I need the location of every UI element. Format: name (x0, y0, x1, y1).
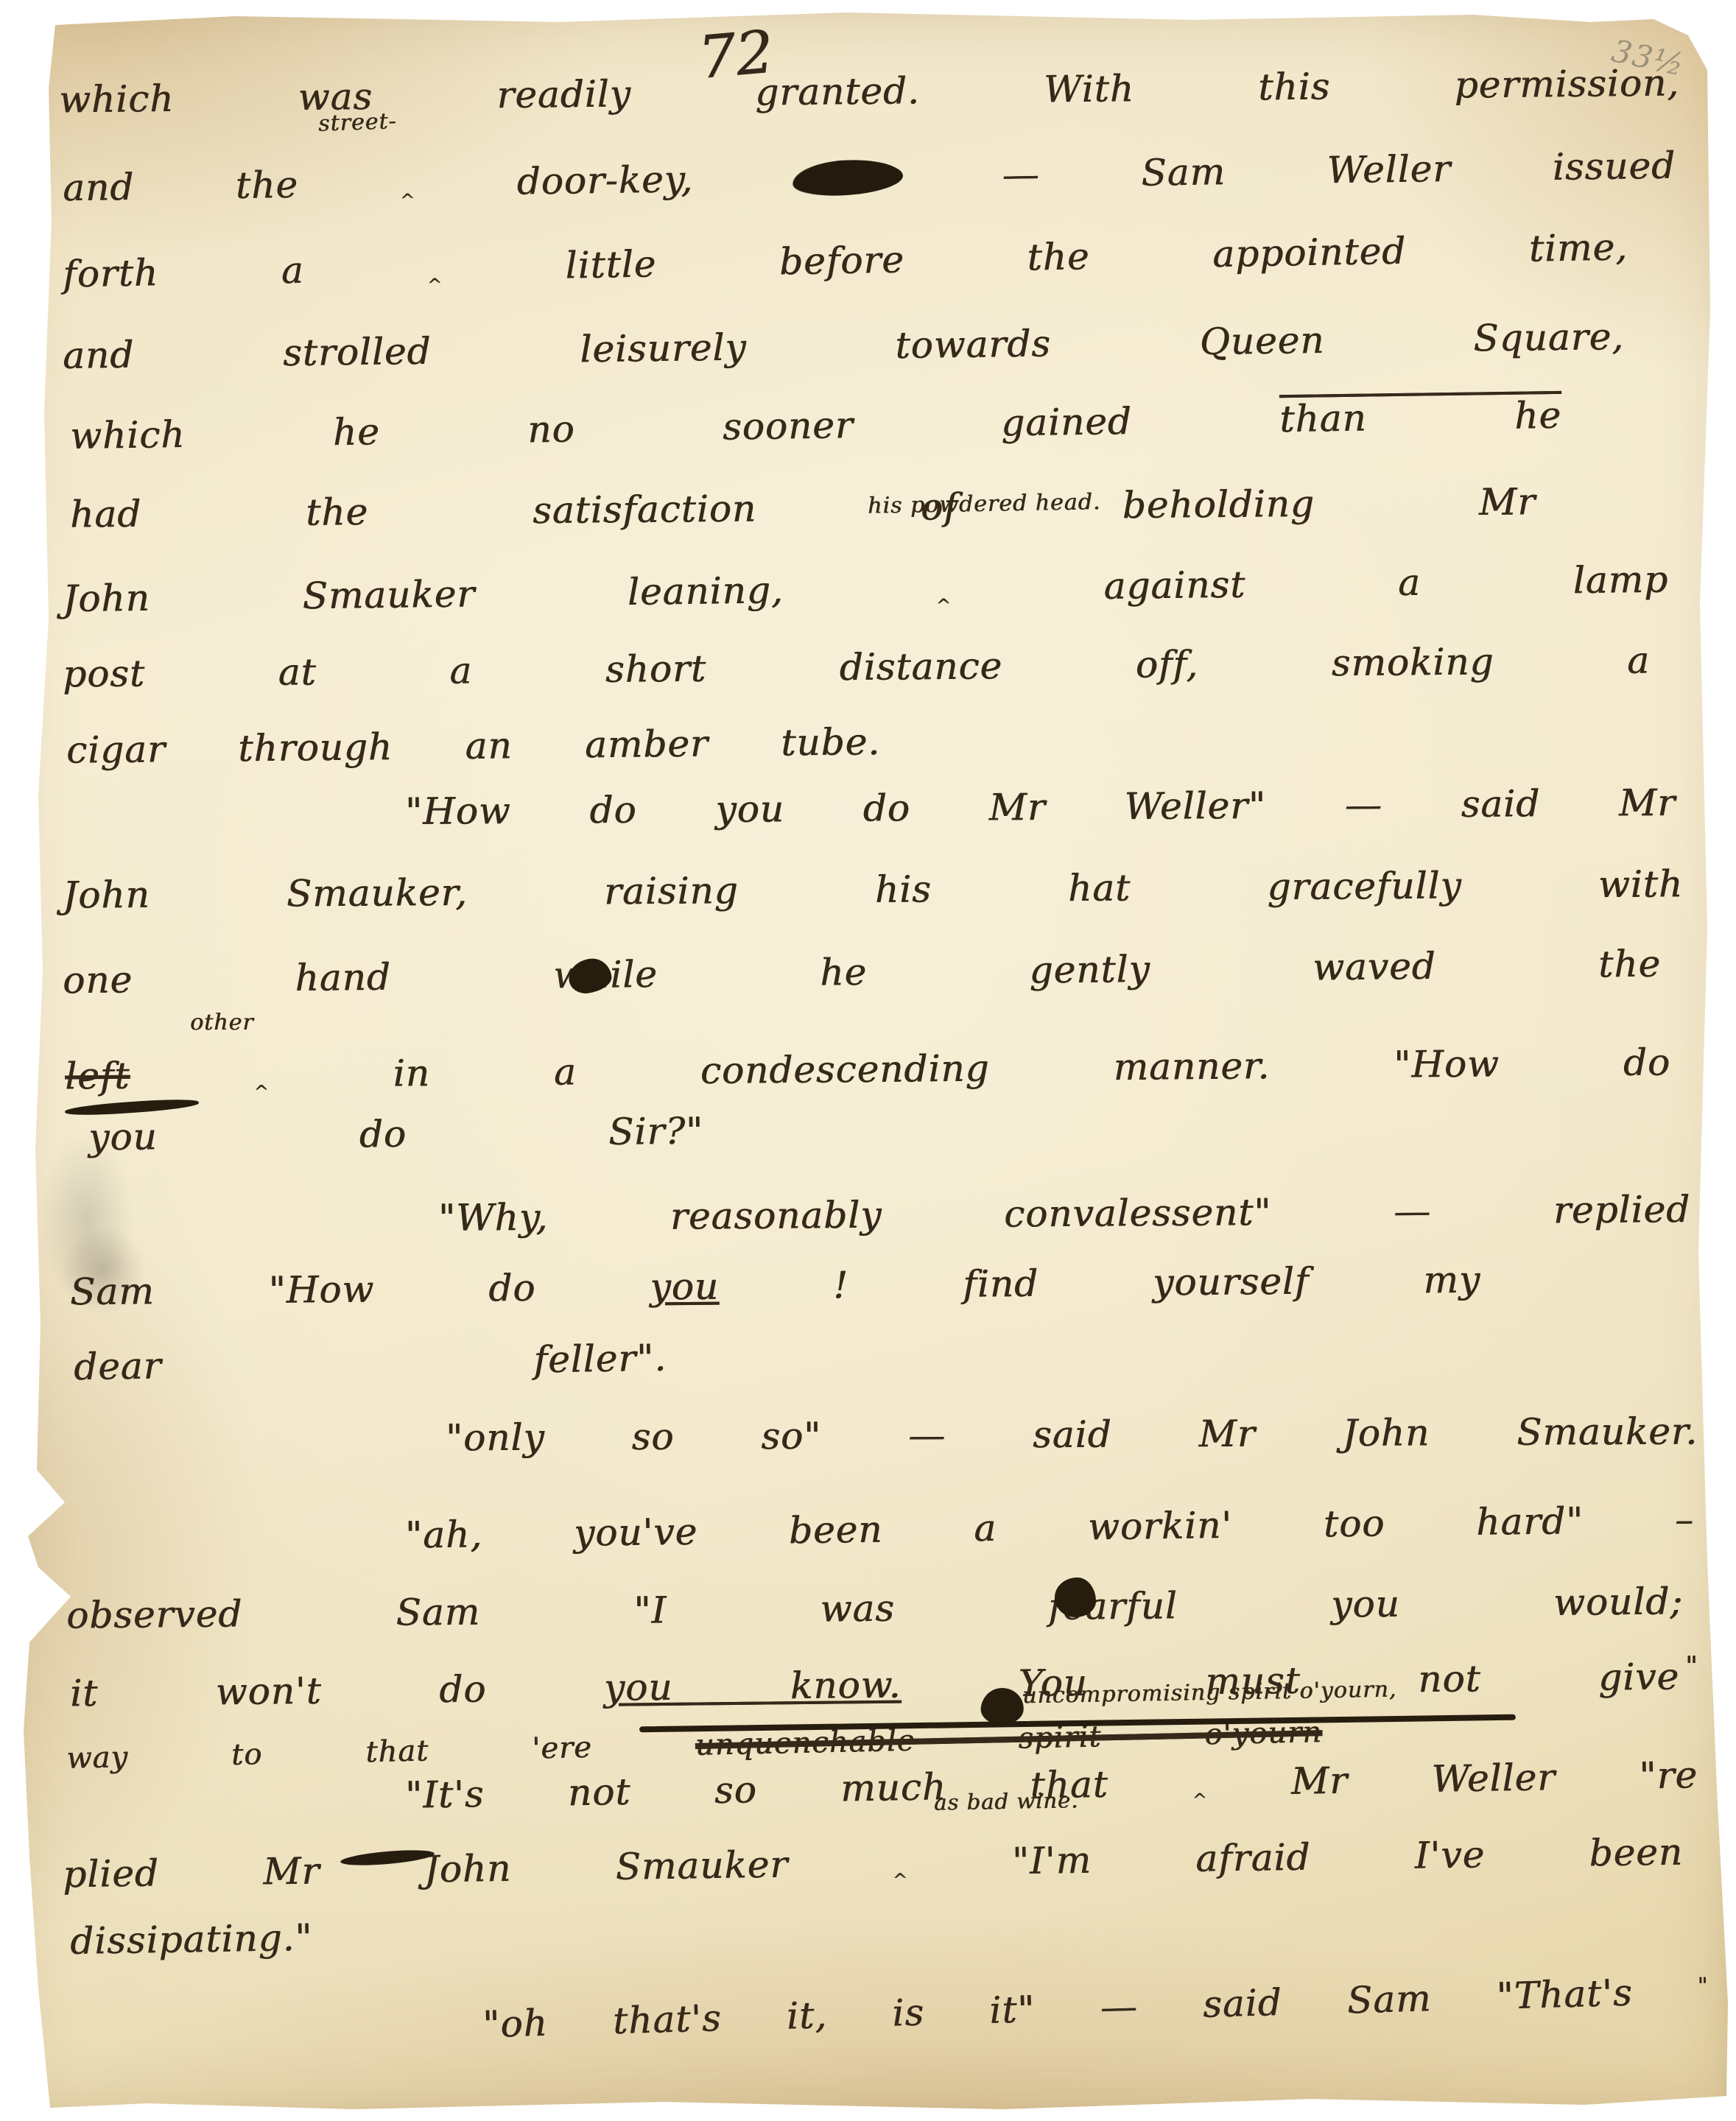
handwritten-text: as bad wine. (934, 1787, 1079, 1815)
underlined-text: you know. (603, 1664, 901, 1709)
handwritten-text: street- (317, 108, 397, 137)
interline-insertion: " (1685, 1653, 1698, 1682)
handwritten-text: dissipating." (70, 1916, 313, 1963)
manuscript-line: dear feller". (74, 1337, 667, 1388)
handwritten-text: and the (63, 163, 299, 209)
handwritten-text: "Why, reasonably convalessent" — replied (438, 1188, 1690, 1239)
handwritten-text: "only so so" — said Mr John Smauker. (446, 1410, 1698, 1460)
handwritten-text: door-key, (516, 158, 693, 203)
caret-mark: ^ (936, 596, 952, 616)
underlined-text: you (650, 1265, 719, 1309)
overlined-text: than he (1279, 394, 1561, 440)
caret-mark: ^ (400, 191, 415, 211)
handwritten-text: "How do you do Mr Weller" — said Mr (405, 781, 1676, 833)
handwritten-text: Sam "How do (70, 1267, 536, 1314)
handwritten-text: " (1685, 1652, 1698, 1682)
inked-out-word: sam (794, 158, 902, 197)
manuscript-line: "Why, reasonably convalessent" — replied (438, 1189, 1690, 1239)
manuscript-line: "How do you do Mr Weller" — said Mr (405, 782, 1676, 832)
handwritten-text: his powdered head. (868, 489, 1101, 519)
manuscript-line: cigar through an amber tube. (66, 721, 881, 771)
struck-text: left (65, 1055, 130, 1098)
manuscript-line: you do Sir?" (88, 1111, 704, 1158)
handwritten-text: ! find yourself my (833, 1259, 1480, 1307)
caret-mark: ^ (427, 275, 443, 295)
handwritten-text: other (190, 1010, 254, 1035)
raised-quote-mark: " (1697, 1973, 1709, 1999)
caret-mark: ^ (1192, 1790, 1208, 1810)
manuscript-line: "only so so" — said Mr John Smauker. (446, 1411, 1698, 1459)
handwritten-text: Mr Weller "re (1290, 1754, 1698, 1803)
scanned-manuscript-page: { "page": { "number": "72", "pencil_anno… (0, 0, 1736, 2121)
interline-insertion: street- (317, 109, 397, 136)
handwritten-text: you do Sir?" (88, 1110, 704, 1159)
caret-mark: ^ (253, 1082, 269, 1102)
handwritten-text: it won't do (70, 1668, 487, 1715)
handwritten-text: John Smauker leaning, (63, 569, 784, 620)
interline-insertion: as bad wine. (934, 1788, 1079, 1815)
handwritten-text: cigar through an amber tube. (66, 720, 881, 772)
handwritten-text: against a lamp (1103, 558, 1668, 608)
handwritten-text: forth a (63, 249, 304, 296)
caret-mark: ^ (893, 1871, 908, 1890)
interline-insertion: other (190, 1010, 254, 1035)
interline-insertion: his powdered head. (868, 490, 1101, 518)
